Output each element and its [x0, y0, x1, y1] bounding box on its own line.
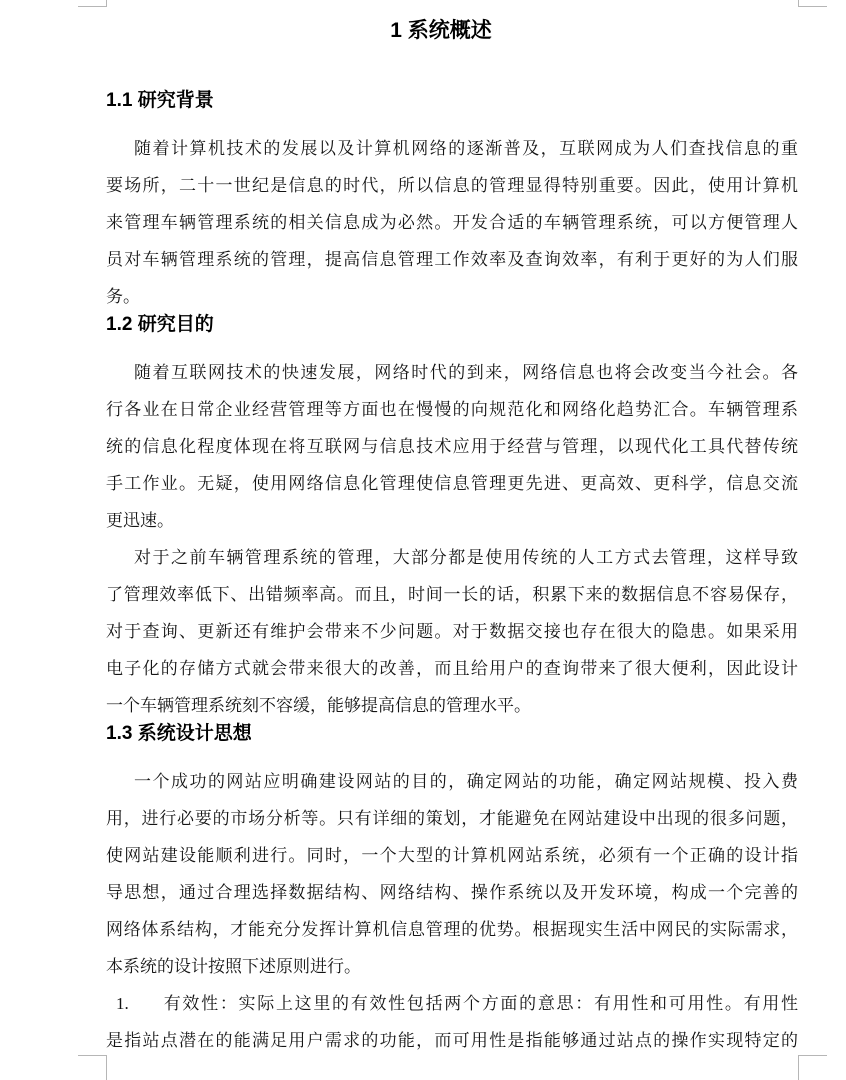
section-heading: 1.1 研究背景 [106, 88, 798, 114]
text-line: 对于查询、更新还有维护会带来不少问题。对于数据交接也存在很大的隐患。如果采用 [106, 613, 798, 650]
document-blocks: 1.1 研究背景随着计算机技术的发展以及计算机网络的逐渐普及，互联网成为人们查找… [106, 88, 798, 1059]
text-line: 要场所，二十一世纪是信息的时代，所以信息的管理显得特别重要。因此，使用计算机 [106, 167, 798, 204]
text-line: 一个车辆管理系统刻不容缓，能够提高信息的管理水平。 [106, 687, 798, 724]
page-margin-mark-bottom-right [798, 1055, 827, 1080]
paragraph: 随着计算机技术的发展以及计算机网络的逐渐普及，互联网成为人们查找信息的重要场所，… [106, 130, 798, 315]
section-heading: 1.3 系统设计思想 [106, 721, 798, 747]
page-margin-mark-top-left [78, 0, 107, 7]
document-title: 1 系统概述 [106, 14, 798, 47]
list-item: 1.有效性：实际上这里的有效性包括两个方面的意思：有用性和可用性。有用性是指站点… [106, 985, 798, 1059]
text-line: 电子化的存储方式就会带来很大的改善，而且给用户的查询带来了很大便利，因此设计 [106, 650, 798, 687]
text-line: 一个成功的网站应明确建设网站的目的，确定网站的功能，确定网站规模、投入费 [106, 763, 798, 800]
list-item-text: 有效性：实际上这里的有效性包括两个方面的意思：有用性和可用性。有用性 [162, 994, 798, 1013]
text-line: 是指站点潜在的能满足用户需求的功能，而可用性是指能够通过站点的操作实现特定的 [106, 1022, 798, 1059]
text-line: 员对车辆管理系统的管理，提高信息管理工作效率及查询效率，有利于更好的为人们服 [106, 241, 798, 278]
paragraph: 随着互联网技术的快速发展，网络时代的到来，网络信息也将会改变当今社会。各行各业在… [106, 354, 798, 539]
page-margin-mark-bottom-left [78, 1055, 107, 1080]
text-line: 用，进行必要的市场分析等。只有详细的策划，才能避免在网站建设中出现的很多问题， [106, 800, 798, 837]
paragraph: 一个成功的网站应明确建设网站的目的，确定网站的功能，确定网站规模、投入费用，进行… [106, 763, 798, 985]
text-line: 务。 [106, 278, 798, 315]
text-line: 导思想，通过合理选择数据结构、网络结构、操作系统以及开发环境，构成一个完善的 [106, 874, 798, 911]
text-line: 1.有效性：实际上这里的有效性包括两个方面的意思：有用性和可用性。有用性 [106, 985, 798, 1022]
text-line: 手工作业。无疑，使用网络信息化管理使信息管理更先进、更高效、更科学，信息交流 [106, 465, 798, 502]
text-line: 了管理效率低下、出错频率高。而且，时间一长的话，积累下来的数据信息不容易保存， [106, 576, 798, 613]
text-line: 行各业在日常企业经营管理等方面也在慢慢的向规范化和网络化趋势汇合。车辆管理系 [106, 391, 798, 428]
text-line: 对于之前车辆管理系统的管理，大部分都是使用传统的人工方式去管理，这样导致 [106, 539, 798, 576]
text-line: 网络体系结构，才能充分发挥计算机信息管理的优势。根据现实生活中网民的实际需求， [106, 911, 798, 948]
section-heading: 1.2 研究目的 [106, 312, 798, 338]
text-line: 随着互联网技术的快速发展，网络时代的到来，网络信息也将会改变当今社会。各 [106, 354, 798, 391]
page-margin-mark-top-right [798, 0, 827, 7]
paragraph: 对于之前车辆管理系统的管理，大部分都是使用传统的人工方式去管理，这样导致了管理效… [106, 539, 798, 724]
text-line: 统的信息化程度体现在将互联网与信息技术应用于经营与管理，以现代化工具代替传统 [106, 428, 798, 465]
text-line: 使网站建设能顺利进行。同时，一个大型的计算机网站系统，必须有一个正确的设计指 [106, 837, 798, 874]
list-item-number: 1. [106, 985, 162, 1022]
document-body: 1 系统概述 1.1 研究背景随着计算机技术的发展以及计算机网络的逐渐普及，互联… [106, 0, 798, 1059]
text-line: 来管理车辆管理系统的相关信息成为必然。开发合适的车辆管理系统，可以方便管理人 [106, 204, 798, 241]
text-line: 更迅速。 [106, 502, 798, 539]
text-line: 随着计算机技术的发展以及计算机网络的逐渐普及，互联网成为人们查找信息的重 [106, 130, 798, 167]
text-line: 本系统的设计按照下述原则进行。 [106, 948, 798, 985]
document-page: { "page": { "background": "#ffffff", "ma… [0, 0, 846, 1080]
